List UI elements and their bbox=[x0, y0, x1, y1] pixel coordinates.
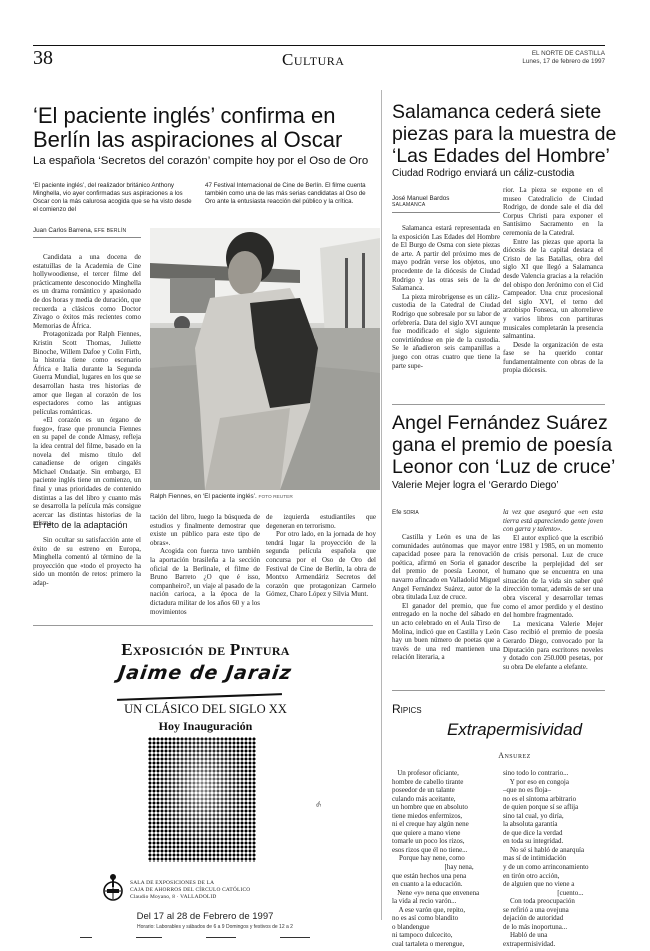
ad-mark: ᵛ6 bbox=[314, 801, 322, 807]
ad-title: Exposición de Pintura bbox=[33, 640, 378, 660]
paragraph: tación del libro, luego la búsqueda de e… bbox=[150, 513, 260, 547]
salamanca-column-1: Salamanca estará representada en la expo… bbox=[392, 224, 500, 370]
paragraph: Desde la organización de esta fase se ha… bbox=[503, 341, 603, 375]
paragraph: de izquierda estudiantiles que degeneran… bbox=[266, 513, 376, 530]
venue-info: SALA DE EXPOSICIONES DE LA CAJA DE AHORR… bbox=[130, 880, 350, 901]
salamanca-column-2: rior. La pieza se expone en el museo Cat… bbox=[503, 186, 603, 375]
exhibition-dates: Del 17 al 28 de Febrero de 1997 bbox=[80, 911, 330, 922]
article-divider bbox=[392, 690, 605, 691]
deck-angel: Valerie Mejer logra el ‘Gerardo Diego’ bbox=[392, 480, 642, 491]
author: Juan Carlos Barrena, bbox=[33, 227, 93, 234]
ad-divider bbox=[33, 625, 373, 626]
venue-address: Claudio Moyano, 8 · VALLADOLID bbox=[130, 894, 350, 901]
caption-text: Ralph Fiennes, en ‘El paciente inglés’. bbox=[150, 493, 257, 500]
paragraph: la vez que aseguró que «en esta tierra e… bbox=[503, 508, 603, 534]
location: SORIA bbox=[403, 510, 419, 516]
savings-bank-logo-icon bbox=[100, 873, 126, 901]
article-column-3: de izquierda estudiantiles que degeneran… bbox=[266, 513, 376, 599]
byline-salamanca: José Manuel Bardos SALAMANCA bbox=[392, 195, 500, 213]
article-column-1-continued: Sin ocultar su satisfacción ante el éxit… bbox=[33, 536, 141, 588]
lead-paragraph-2: 47 Festival Internacional de Cine de Ber… bbox=[205, 182, 375, 206]
article-column-2: tación del libro, luego la búsqueda de e… bbox=[150, 513, 260, 616]
ad-bottom-dashes bbox=[80, 937, 310, 939]
paragraph: Entre las piezas que aporta la diócesis … bbox=[503, 238, 603, 341]
byline-angel: Efe SORIA bbox=[392, 509, 419, 516]
signature-underline bbox=[117, 693, 282, 701]
paragraph: El ganador del premio, que fue entregado… bbox=[392, 602, 500, 662]
subhead-adaptacion: El reto de la adaptación bbox=[33, 520, 143, 530]
column-divider bbox=[381, 90, 382, 920]
paragraph: Sin ocultar su satisfacción ante el éxit… bbox=[33, 536, 141, 588]
paper-info: EL NORTE DE CASTILLA Lunes, 17 de febrer… bbox=[480, 50, 605, 66]
article-column-1: Candidata a una docena de estatuillas de… bbox=[33, 253, 141, 528]
halftone-portrait bbox=[148, 737, 256, 862]
photo-illustration bbox=[150, 228, 380, 490]
headline-angel: Angel Fernández Suárez gana el premio de… bbox=[392, 412, 642, 478]
agency: Efe bbox=[392, 509, 401, 516]
paragraph: Castilla y León es una de las comunidade… bbox=[392, 533, 500, 602]
artist-signature: Jaime de Jaraiz bbox=[103, 662, 306, 684]
ripics-section-label: Ripics bbox=[392, 702, 422, 716]
headline-salamanca: Salamanca cederá siete piezas para la mu… bbox=[392, 101, 642, 167]
paragraph: Por otro lado, en la jornada de hoy tend… bbox=[266, 530, 376, 599]
paragraph: La mexicana Valerie Mejer Caso recibió e… bbox=[503, 620, 603, 672]
photo-ralph-fiennes bbox=[150, 228, 380, 490]
paragraph: Protagonizada por Ralph Fiennes, Kristin… bbox=[33, 330, 141, 416]
paragraph: Acogida con fuerza tuvo también la aport… bbox=[150, 547, 260, 616]
poem-title: Extrapermisividad bbox=[392, 720, 637, 740]
location: SALAMANCA bbox=[392, 202, 500, 208]
author: José Manuel Bardos bbox=[392, 195, 500, 202]
paragraph: «El corazón es un órgano de fuego», fras… bbox=[33, 416, 141, 528]
paragraph: Candidata a una docena de estatuillas de… bbox=[33, 253, 141, 330]
exhibition-hours: Horario: Laborables y sábados de 6 a 9 D… bbox=[80, 924, 350, 930]
ad-subtitle: UN CLÁSICO DEL SIGLO XX bbox=[33, 702, 378, 717]
agency: EFE BERLÍN bbox=[94, 228, 126, 234]
poem-column-1: Un profesor oficiante, hombre de cabello… bbox=[392, 769, 502, 948]
poem-author: Ansurez bbox=[392, 751, 637, 760]
deck-salamanca: Ciudad Rodrigo enviará un cáliz-custodia bbox=[392, 168, 642, 179]
ad-opening: Hoy Inauguración bbox=[33, 719, 378, 734]
paragraph: La pieza mirobrigense es un cáliz-custod… bbox=[392, 293, 500, 370]
section-title: Cultura bbox=[282, 50, 344, 70]
headline-paciente: ‘El paciente inglés’ confirma en Berlín … bbox=[33, 104, 378, 152]
venue-line: SALA DE EXPOSICIONES DE LA bbox=[130, 880, 350, 887]
article-divider bbox=[392, 404, 605, 405]
deck-paciente: La española ‘Secretos del corazón’ compi… bbox=[33, 155, 378, 167]
masthead-rule bbox=[33, 45, 605, 46]
paragraph: rior. La pieza se expone en el museo Cat… bbox=[503, 186, 603, 238]
venue-line: CAJA DE AHORROS DEL CÍRCULO CATÓLICO bbox=[130, 887, 350, 894]
angel-column-1: Castilla y León es una de las comunidade… bbox=[392, 533, 500, 662]
newspaper-name: EL NORTE DE CASTILLA bbox=[480, 50, 605, 58]
poem-column-2: sino todo lo contrario... Y por eso en c… bbox=[503, 769, 613, 948]
lead-paragraph-1: ‘El paciente inglés’, del realizador bri… bbox=[33, 182, 198, 214]
byline-paciente: Juan Carlos Barrena, EFE BERLÍN bbox=[33, 227, 141, 238]
paragraph: El autor explicó que la escribió entre 1… bbox=[503, 534, 603, 620]
angel-column-2: la vez que aseguró que «en esta tierra e… bbox=[503, 508, 603, 671]
photo-caption: Ralph Fiennes, en ‘El paciente inglés’. … bbox=[150, 493, 380, 500]
issue-date: Lunes, 17 de febrero de 1997 bbox=[480, 58, 605, 66]
paragraph: Salamanca estará representada en la expo… bbox=[392, 224, 500, 293]
photo-credit: FOTO REUTER bbox=[259, 495, 293, 500]
page-number: 38 bbox=[33, 47, 53, 70]
